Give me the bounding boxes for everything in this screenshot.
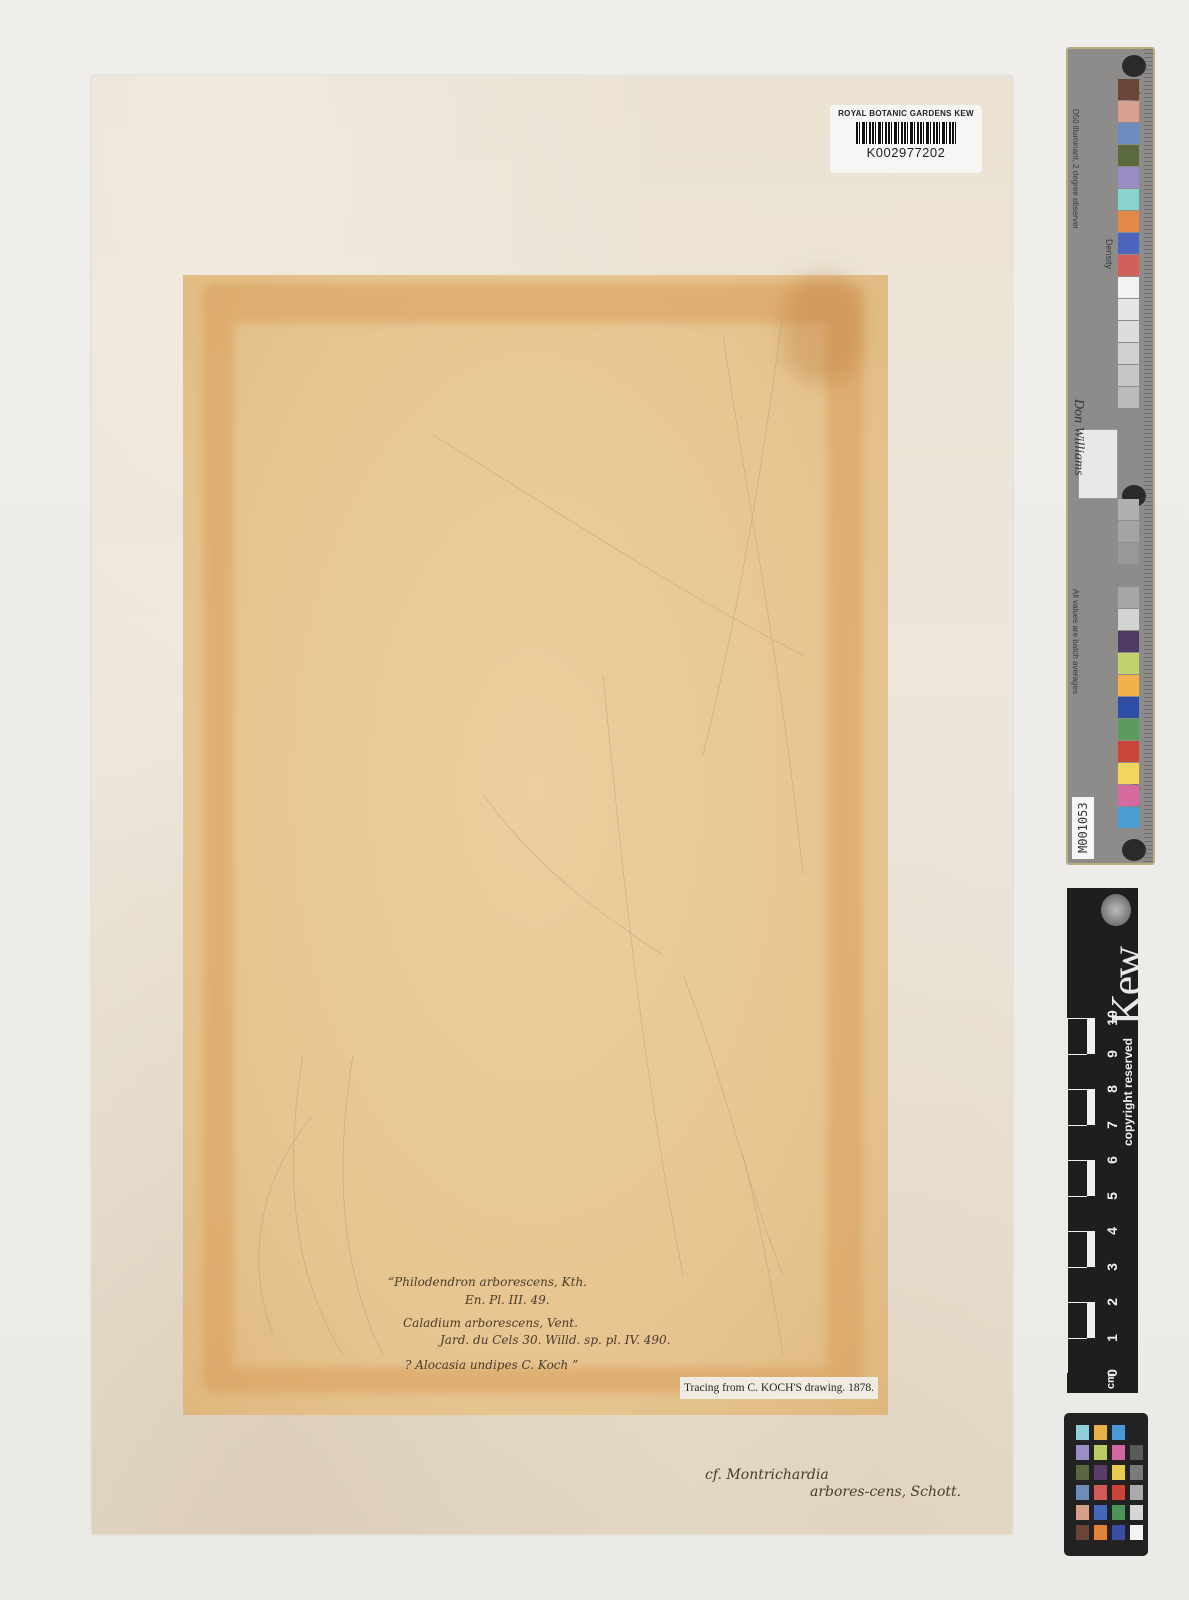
- checker-patch: [1112, 1465, 1125, 1480]
- color-swatch: [1118, 189, 1139, 210]
- checker-patch: [1094, 1465, 1107, 1480]
- color-swatch: [1118, 255, 1139, 276]
- checker-patch: [1076, 1485, 1089, 1500]
- annotation-line-2: En. Pl. III. 49.: [465, 1293, 550, 1307]
- determination-line-1: cf. Montrichardia: [705, 1467, 829, 1483]
- checker-patch: [1130, 1485, 1143, 1500]
- determination-line-2: arbores-cens, Schott.: [810, 1484, 961, 1500]
- color-swatch: [1118, 609, 1139, 630]
- color-swatch: [1118, 233, 1139, 254]
- checker-patch: [1130, 1465, 1143, 1480]
- color-swatch: [1118, 653, 1139, 674]
- scale-tick-label: 4: [1104, 1222, 1120, 1240]
- checker-patch: [1076, 1445, 1089, 1460]
- kew-crest-icon: [1101, 894, 1131, 926]
- scale-segment-alt: [1087, 1338, 1095, 1374]
- scale-segment-alt: [1087, 1089, 1095, 1125]
- checker-patch: [1094, 1505, 1107, 1520]
- checker-patch: [1112, 1445, 1125, 1460]
- copyright-label: copyright reserved: [1121, 1038, 1135, 1146]
- color-swatch: [1118, 719, 1139, 740]
- checker-patch: [1076, 1465, 1089, 1480]
- checker-patch: [1112, 1525, 1125, 1540]
- checker-patch: [1112, 1425, 1125, 1440]
- color-swatch: [1118, 277, 1139, 298]
- color-swatch: [1118, 499, 1139, 520]
- scale-tick-label: 7: [1104, 1116, 1120, 1134]
- color-swatch: [1118, 587, 1139, 608]
- scale-segment-alt: [1087, 1125, 1095, 1161]
- color-swatch: [1118, 697, 1139, 718]
- ruler-hole-top: [1122, 55, 1146, 77]
- color-swatch: [1118, 343, 1139, 364]
- scale-tick-label: 0: [1104, 1364, 1120, 1382]
- color-swatch: [1118, 145, 1139, 166]
- scale-tick-label: 10: [1104, 1009, 1120, 1027]
- barcode-icon: [856, 122, 956, 144]
- scale-segment-alt: [1087, 1302, 1095, 1338]
- printed-tracing-label: Tracing from C. KOCH'S drawing. 1878.: [680, 1377, 878, 1399]
- ruler-id-tag: M001053: [1072, 797, 1094, 859]
- checker-patch: [1076, 1505, 1089, 1520]
- color-calibration-ruler: Density D50 illuminant, 2 degree observe…: [1066, 47, 1155, 865]
- color-swatch: [1118, 741, 1139, 762]
- brand-label: Don Williams: [1070, 399, 1086, 476]
- batch-note: All values are batch averages: [1071, 589, 1080, 694]
- checker-patch: [1130, 1525, 1143, 1540]
- barcode-number: K002977202: [867, 145, 946, 160]
- annotation-line-5: ? Alocasia undipes C. Koch ”: [405, 1358, 578, 1372]
- illuminant-note: D50 illuminant, 2 degree observer: [1071, 109, 1080, 229]
- checker-patch: [1130, 1425, 1143, 1440]
- ruler-ticks: [1144, 49, 1155, 863]
- scale-segment-alt: [1087, 1054, 1095, 1090]
- color-swatch: [1118, 763, 1139, 784]
- annotation-line-1: “Philodendron arborescens, Kth.: [388, 1275, 587, 1289]
- checker-patch: [1130, 1505, 1143, 1520]
- pencil-drawing: [183, 275, 888, 1415]
- color-swatch: [1118, 123, 1139, 144]
- scale-segment-alt: [1087, 1231, 1095, 1267]
- kew-scale-bar: Kew copyright reserved cm 012345678910: [1067, 888, 1138, 1393]
- checker-patch: [1076, 1525, 1089, 1540]
- color-swatch: [1118, 565, 1139, 586]
- color-swatch: [1118, 543, 1139, 564]
- color-swatch: [1118, 321, 1139, 342]
- checker-patch: [1094, 1445, 1107, 1460]
- scale-segment-alt: [1087, 1196, 1095, 1232]
- checker-patch: [1094, 1525, 1107, 1540]
- scale-tick-label: 8: [1104, 1080, 1120, 1098]
- checker-patch: [1094, 1425, 1107, 1440]
- color-swatch: [1118, 101, 1139, 122]
- color-swatch: [1118, 521, 1139, 542]
- scale-segment-alt: [1087, 1018, 1095, 1054]
- checker-patch: [1112, 1485, 1125, 1500]
- scale-tick-label: 9: [1104, 1045, 1120, 1063]
- annotation-line-4: Jard. du Cels 30. Willd. sp. pl. IV. 490…: [440, 1333, 670, 1347]
- color-swatch: [1118, 785, 1139, 806]
- scale-tick-label: 2: [1104, 1293, 1120, 1311]
- color-swatch: [1118, 79, 1139, 100]
- color-swatch: [1118, 211, 1139, 232]
- color-checker-card: [1064, 1413, 1148, 1556]
- checker-patch: [1130, 1445, 1143, 1460]
- ruler-hole-bottom: [1122, 839, 1146, 861]
- checker-patch: [1094, 1485, 1107, 1500]
- checker-patch: [1112, 1505, 1125, 1520]
- scale-tick-label: 1: [1104, 1329, 1120, 1347]
- scale-tick-label: 3: [1104, 1258, 1120, 1276]
- barcode-label: ROYAL BOTANIC GARDENS KEW K002977202: [830, 105, 982, 173]
- scale-segment-alt: [1087, 1267, 1095, 1303]
- color-swatch: [1118, 631, 1139, 652]
- density-label: Density: [1104, 239, 1114, 269]
- tracing-paper: [183, 275, 888, 1415]
- color-swatch: [1118, 167, 1139, 188]
- color-swatch: [1118, 365, 1139, 386]
- color-swatch: [1118, 387, 1139, 408]
- scale-segment-alt: [1087, 1160, 1095, 1196]
- color-swatch: [1118, 675, 1139, 696]
- institution-name: ROYAL BOTANIC GARDENS KEW: [838, 109, 974, 118]
- color-swatch: [1118, 299, 1139, 320]
- color-swatch: [1118, 807, 1139, 828]
- annotation-line-3: Caladium arborescens, Vent.: [403, 1316, 578, 1330]
- checker-patch: [1076, 1425, 1089, 1440]
- scale-tick-label: 5: [1104, 1187, 1120, 1205]
- scale-tick-label: 6: [1104, 1151, 1120, 1169]
